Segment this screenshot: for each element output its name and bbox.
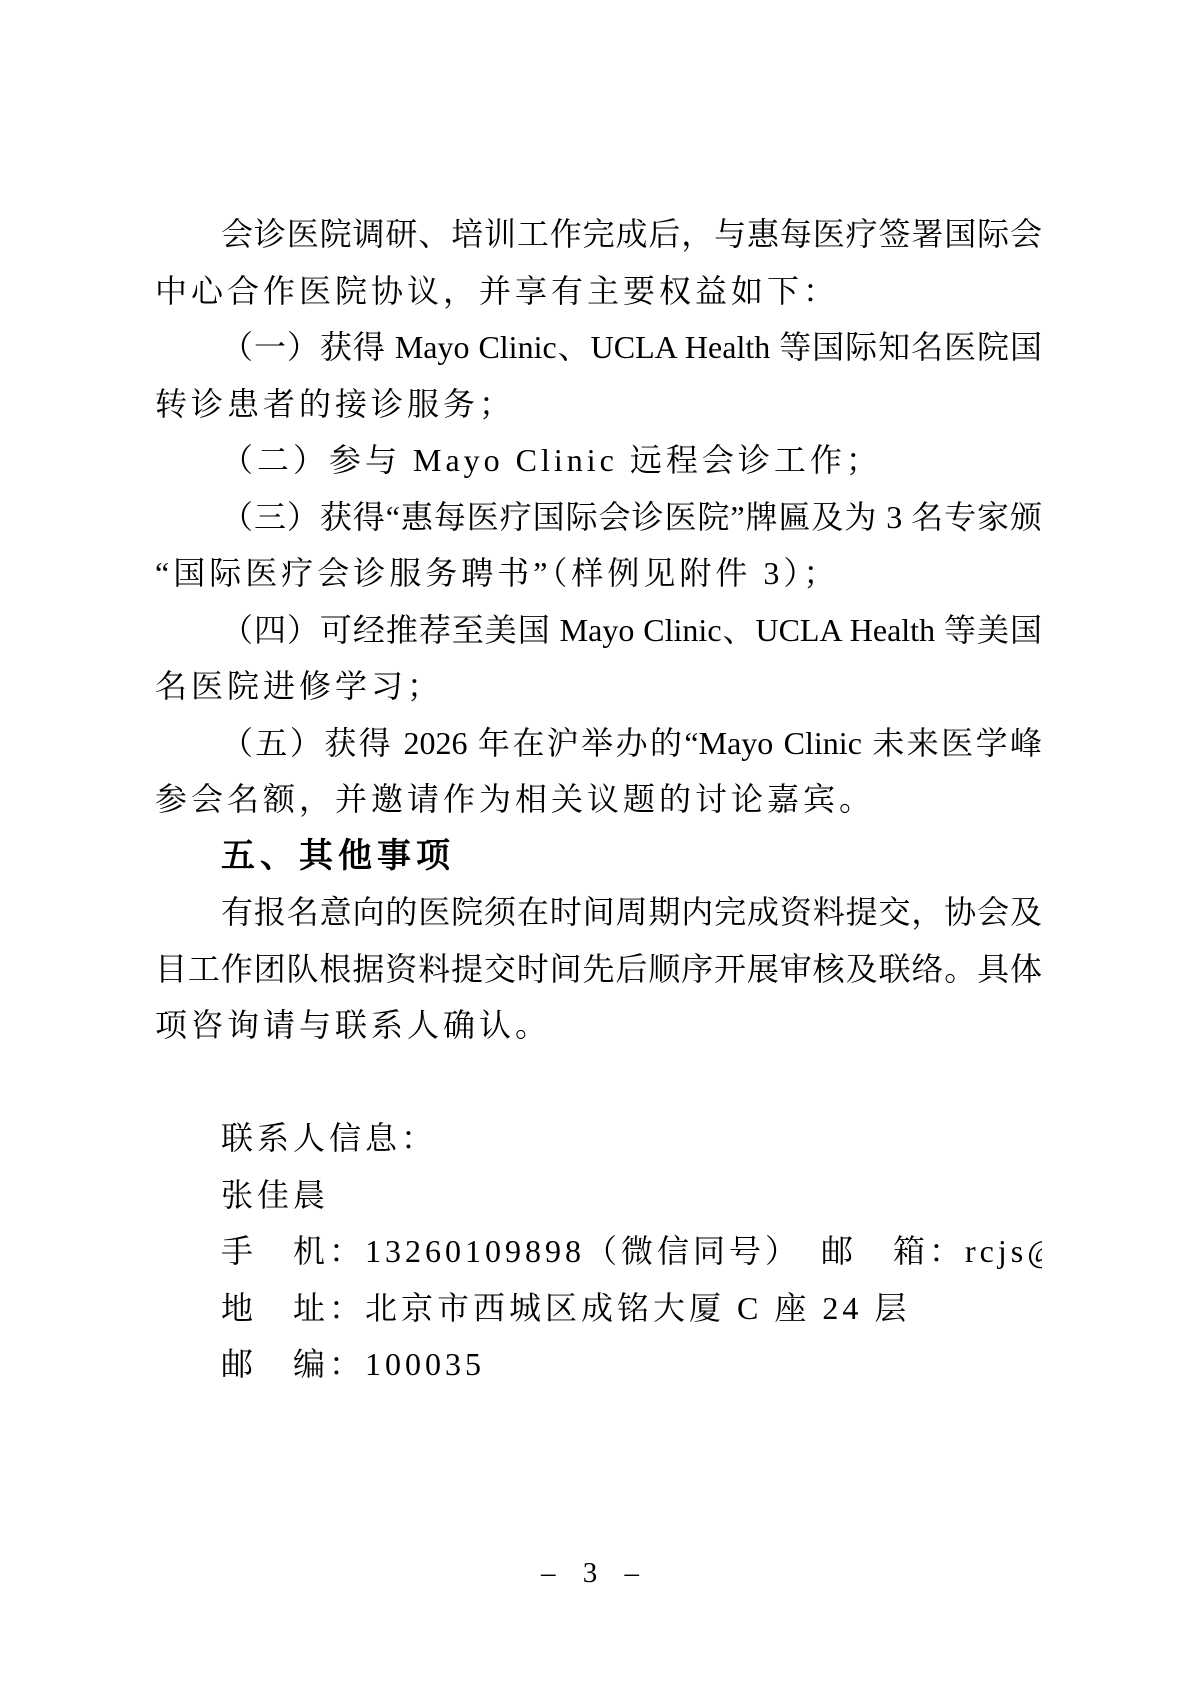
body-text-line-1: 会诊医院调研、培训工作完成后，与惠每医疗签署国际会诊: [155, 206, 1042, 263]
body-text-line-3: （一）获得 Mayo Clinic、UCLA Health 等国际知名医院国际: [155, 319, 1042, 376]
body-text-line-4: 转诊患者的接诊服务；: [155, 376, 1042, 433]
body-text-line-14: 目工作团队根据资料提交时间先后顺序开展审核及联络。具体事: [155, 941, 1042, 998]
contact-postcode: 邮 编：100035: [155, 1336, 1042, 1393]
body-text-line-6: （三）获得“惠每医疗国际会诊医院”牌匾及为 3 名专家颁发: [155, 489, 1042, 546]
body-text-line-15: 项咨询请与联系人确认。: [155, 997, 1042, 1054]
body-text-line-7: “国际医疗会诊服务聘书”（样例见附件 3）；: [155, 545, 1042, 602]
contact-phone-email: 手 机：13260109898（微信同号） 邮 箱：rcjs@cnmia.org: [155, 1223, 1042, 1280]
section-heading-other-matters: 五、其他事项: [155, 828, 1042, 885]
contact-name: 张佳晨: [155, 1167, 1042, 1224]
body-text-line-9: 名医院进修学习；: [155, 658, 1042, 715]
document-body: 会诊医院调研、培训工作完成后，与惠每医疗签署国际会诊 中心合作医院协议，并享有主…: [155, 206, 1042, 1393]
blank-line: [155, 1054, 1042, 1111]
body-text-line-5: （二）参与 Mayo Clinic 远程会诊工作；: [155, 432, 1042, 489]
body-text-line-10: （五）获得 2026 年在沪举办的“Mayo Clinic 未来医学峰会”: [155, 715, 1042, 772]
body-text-line-13: 有报名意向的医院须在时间周期内完成资料提交，协会及项: [155, 884, 1042, 941]
contact-info-heading: 联系人信息：: [155, 1110, 1042, 1167]
body-text-line-8: （四）可经推荐至美国 Mayo Clinic、UCLA Health 等美国知: [155, 602, 1042, 659]
body-text-line-2: 中心合作医院协议，并享有主要权益如下：: [155, 263, 1042, 320]
document-page: 会诊医院调研、培训工作完成后，与惠每医疗签署国际会诊 中心合作医院协议，并享有主…: [0, 0, 1190, 1683]
contact-address: 地 址：北京市西城区成铭大厦 C 座 24 层: [155, 1280, 1042, 1337]
page-number: – 3 –: [0, 1552, 1190, 1594]
body-text-line-11: 参会名额，并邀请作为相关议题的讨论嘉宾。: [155, 771, 1042, 828]
